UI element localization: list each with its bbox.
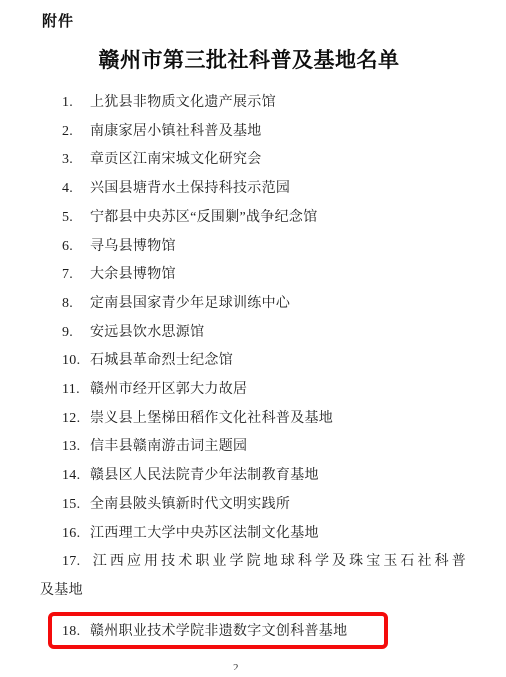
item-name: 石城县革命烈士纪念馆 (90, 353, 233, 368)
item-number: 11. (62, 376, 90, 405)
page-title: 赣州市第三批社科普及基地名单 (0, 44, 498, 74)
item-name: 信丰县赣南游击词主题园 (90, 439, 247, 454)
item-number: 6. (62, 233, 90, 262)
item-number: 9. (62, 319, 90, 348)
list-item: 10.石城县革命烈士纪念馆 (40, 347, 466, 376)
list-item: 8.定南县国家青少年足球训练中心 (40, 290, 466, 319)
item-name: 赣州市经开区郭大力故居 (90, 382, 247, 397)
item-number: 18. (62, 624, 90, 640)
list-item: 16.江西理工大学中央苏区法制文化基地 (40, 520, 466, 549)
list-item: 13.信丰县赣南游击词主题园 (40, 433, 466, 462)
document-page: 附件 赣州市第三批社科普及基地名单 1.上犹县非物质文化遗产展示馆 2.南康家居… (0, 0, 506, 677)
attachment-label: 附件 (42, 10, 74, 31)
list-item: 2.南康家居小镇社科普及基地 (40, 118, 466, 147)
item-name: 上犹县非物质文化遗产展示馆 (90, 95, 276, 110)
item-name: 赣县区人民法院青少年法制教育基地 (90, 468, 319, 483)
item-name: 安远县饮水思源馆 (90, 325, 204, 340)
item-number: 17. (62, 548, 90, 577)
item-number: 2. (62, 118, 90, 147)
item-number: 13. (62, 433, 90, 462)
item-name: 兴国县塘背水土保持科技示范园 (90, 181, 290, 196)
item-name: 赣州职业技术学院非遗数字文创科普基地 (90, 624, 347, 639)
list-item: 11.赣州市经开区郭大力故居 (40, 376, 466, 405)
base-list: 1.上犹县非物质文化遗产展示馆 2.南康家居小镇社科普及基地 3.章贡区江南宋城… (40, 89, 466, 649)
item-number: 7. (62, 261, 90, 290)
page-number-partial: 2 (233, 663, 247, 670)
highlight-box: 18.赣州职业技术学院非遗数字文创科普基地 (48, 612, 388, 649)
list-item: 14.赣县区人民法院青少年法制教育基地 (40, 462, 466, 491)
item-number: 8. (62, 290, 90, 319)
item-number: 1. (62, 89, 90, 118)
item-name: 南康家居小镇社科普及基地 (90, 124, 262, 139)
item-number: 4. (62, 175, 90, 204)
item-name: 崇义县上堡梯田稻作文化社科普及基地 (90, 411, 333, 426)
item-number: 10. (62, 347, 90, 376)
item-number: 12. (62, 405, 90, 434)
item-number: 3. (62, 146, 90, 175)
item-name: 大余县博物馆 (90, 267, 176, 282)
list-item: 12.崇义县上堡梯田稻作文化社科普及基地 (40, 405, 466, 434)
item-name: 章贡区江南宋城文化研究会 (90, 152, 262, 167)
list-item: 5.宁都县中央苏区“反围剿”战争纪念馆 (40, 204, 466, 233)
item-name: 全南县陂头镇新时代文明实践所 (90, 497, 290, 512)
item-number: 16. (62, 520, 90, 549)
list-item: 17.江西应用技术职业学院地球科学及珠宝玉石社科普 及基地 (40, 548, 466, 605)
list-item: 4.兴国县塘背水土保持科技示范园 (40, 175, 466, 204)
item-number: 14. (62, 462, 90, 491)
list-item: 7.大余县博物馆 (40, 261, 466, 290)
item-name-continuation: 及基地 (40, 577, 466, 606)
item-name: 定南县国家青少年足球训练中心 (90, 296, 290, 311)
list-item: 3.章贡区江南宋城文化研究会 (40, 146, 466, 175)
item-number: 15. (62, 491, 90, 520)
item-name: 江西应用技术职业学院地球科学及珠宝玉石社科普 (90, 554, 466, 569)
list-item: 15.全南县陂头镇新时代文明实践所 (40, 491, 466, 520)
list-item: 18.赣州职业技术学院非遗数字文创科普基地 (52, 620, 384, 640)
item-name: 宁都县中央苏区“反围剿”战争纪念馆 (90, 210, 318, 225)
list-item: 9.安远县饮水思源馆 (40, 319, 466, 348)
item-number: 5. (62, 204, 90, 233)
list-item: 1.上犹县非物质文化遗产展示馆 (40, 89, 466, 118)
item-name: 寻乌县博物馆 (90, 239, 176, 254)
item-name: 江西理工大学中央苏区法制文化基地 (90, 526, 319, 541)
list-item: 6.寻乌县博物馆 (40, 233, 466, 262)
